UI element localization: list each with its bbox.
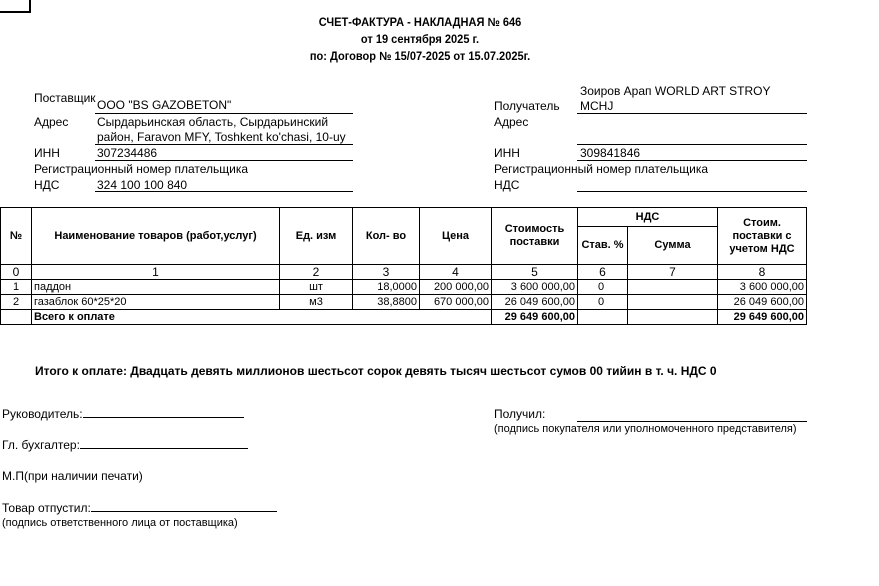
- supplier-address-line: [95, 128, 353, 145]
- released-signature: Товар отпустил:: [2, 501, 277, 515]
- supplier-reg-label: Регистрационный номер плательщика: [34, 162, 248, 176]
- index-cell: 4: [420, 265, 492, 280]
- recipient-address-line: [577, 128, 807, 145]
- recipient-vat-label: НДС: [494, 178, 519, 192]
- accountant-signature: Гл. бухгалтер:: [2, 438, 248, 452]
- supplier-inn-label: ИНН: [34, 146, 60, 160]
- supplier-vat-line: [95, 176, 353, 192]
- supplier-name-line: [95, 98, 353, 114]
- recipient-address-label: Адрес: [494, 115, 528, 129]
- index-cell: 2: [280, 265, 353, 280]
- row-price: 670 000,00: [420, 295, 492, 310]
- released-signature-line: [91, 511, 277, 512]
- stamp-label: М.П(при наличии печати): [2, 469, 143, 483]
- row-vat-rate: 0: [578, 280, 628, 295]
- document-title: СЧЕТ-ФАКТУРА - НАКЛАДНАЯ № 646: [34, 15, 807, 29]
- invoice-table: № Наименование товаров (работ,услуг) Ед.…: [0, 207, 807, 325]
- total-vat-sum: [628, 310, 718, 325]
- supplier-address-label: Адрес: [34, 115, 68, 129]
- row-price: 200 000,00: [420, 280, 492, 295]
- released-label: Товар отпустил:: [2, 501, 91, 515]
- row-vat-sum: [628, 295, 718, 310]
- recipient-label: Получатель: [494, 99, 560, 113]
- total-cost: 29 649 600,00: [492, 310, 578, 325]
- header-qty: Кол- во: [353, 208, 420, 265]
- row-vat-rate: 0: [578, 295, 628, 310]
- table-row: 1 паддон шт 18,0000 200 000,00 3 600 000…: [1, 280, 807, 295]
- row-unit: м3: [280, 295, 353, 310]
- total-vat-rate: [578, 310, 628, 325]
- row-unit: шт: [280, 280, 353, 295]
- released-note: (подпись ответственного лица от поставщи…: [2, 517, 238, 529]
- recipient-inn-line: [577, 145, 807, 161]
- index-cell: 6: [578, 265, 628, 280]
- recipient-reg-label: Регистрационный номер плательщика: [494, 162, 708, 176]
- supplier-inn-line: [95, 145, 353, 161]
- row-vat-sum: [628, 280, 718, 295]
- received-label: Получил:: [494, 407, 545, 421]
- header-cost: Стоимость поставки: [492, 208, 578, 265]
- total-in-words: Итого к оплате: Двадцать девять миллионо…: [35, 364, 717, 378]
- manager-label: Руководитель:: [2, 407, 83, 421]
- row-num: 1: [1, 280, 32, 295]
- recipient-inn-label: ИНН: [494, 146, 520, 160]
- index-cell: 1: [32, 265, 280, 280]
- manager-signature-line: [83, 417, 244, 418]
- total-empty: [1, 310, 32, 325]
- manager-signature: Руководитель:: [2, 407, 244, 421]
- supplier-label: Поставщик: [34, 91, 96, 105]
- row-num: 2: [1, 295, 32, 310]
- index-cell: 7: [628, 265, 718, 280]
- row-qty: 18,0000: [353, 280, 420, 295]
- accountant-label: Гл. бухгалтер:: [2, 438, 80, 452]
- row-name: газаблок 60*25*20: [32, 295, 280, 310]
- total-label: Всего к оплате: [32, 310, 492, 325]
- row-cost: 3 600 000,00: [492, 280, 578, 295]
- row-cost: 26 049 600,00: [492, 295, 578, 310]
- header-name: Наименование товаров (работ,услуг): [32, 208, 280, 265]
- header-price: Цена: [420, 208, 492, 265]
- recipient-vat-line: [577, 176, 807, 192]
- row-name: паддон: [32, 280, 280, 295]
- index-cell: 3: [353, 265, 420, 280]
- accountant-signature-line: [80, 448, 248, 449]
- supplier-address-line1: Сырдарьинская область, Сырдарьинский: [97, 115, 328, 129]
- header-vat-group: НДС: [578, 208, 718, 227]
- document-contract: по: Договор № 15/07-2025 от 15.07.2025г.: [34, 49, 807, 63]
- row-qty: 38,8800: [353, 295, 420, 310]
- table-row: 2 газаблок 60*25*20 м3 38,8800 670 000,0…: [1, 295, 807, 310]
- received-signature-line: [577, 407, 807, 422]
- header-vat-rate: Став. %: [578, 227, 628, 265]
- index-cell: 5: [492, 265, 578, 280]
- header-total: Стоим. поставки с учетом НДС: [718, 208, 807, 265]
- header-vat-sum: Сумма: [628, 227, 718, 265]
- total-amount: 29 649 600,00: [718, 310, 807, 325]
- total-row: Всего к оплате 29 649 600,00 29 649 600,…: [1, 310, 807, 325]
- corner-box: [0, 0, 31, 13]
- index-cell: 0: [1, 265, 32, 280]
- received-note: (подпись покупателя или уполномоченного …: [494, 423, 797, 435]
- index-cell: 8: [718, 265, 807, 280]
- row-total: 26 049 600,00: [718, 295, 807, 310]
- document-date: от 19 сентября 2025 г.: [34, 32, 807, 46]
- header-num: №: [1, 208, 32, 265]
- supplier-vat-label: НДС: [34, 178, 59, 192]
- recipient-name-line: [577, 98, 807, 114]
- header-unit: Ед. изм: [280, 208, 353, 265]
- row-total: 3 600 000,00: [718, 280, 807, 295]
- recipient-name-line1: Зоиров Арап WORLD ART STROY: [580, 84, 770, 98]
